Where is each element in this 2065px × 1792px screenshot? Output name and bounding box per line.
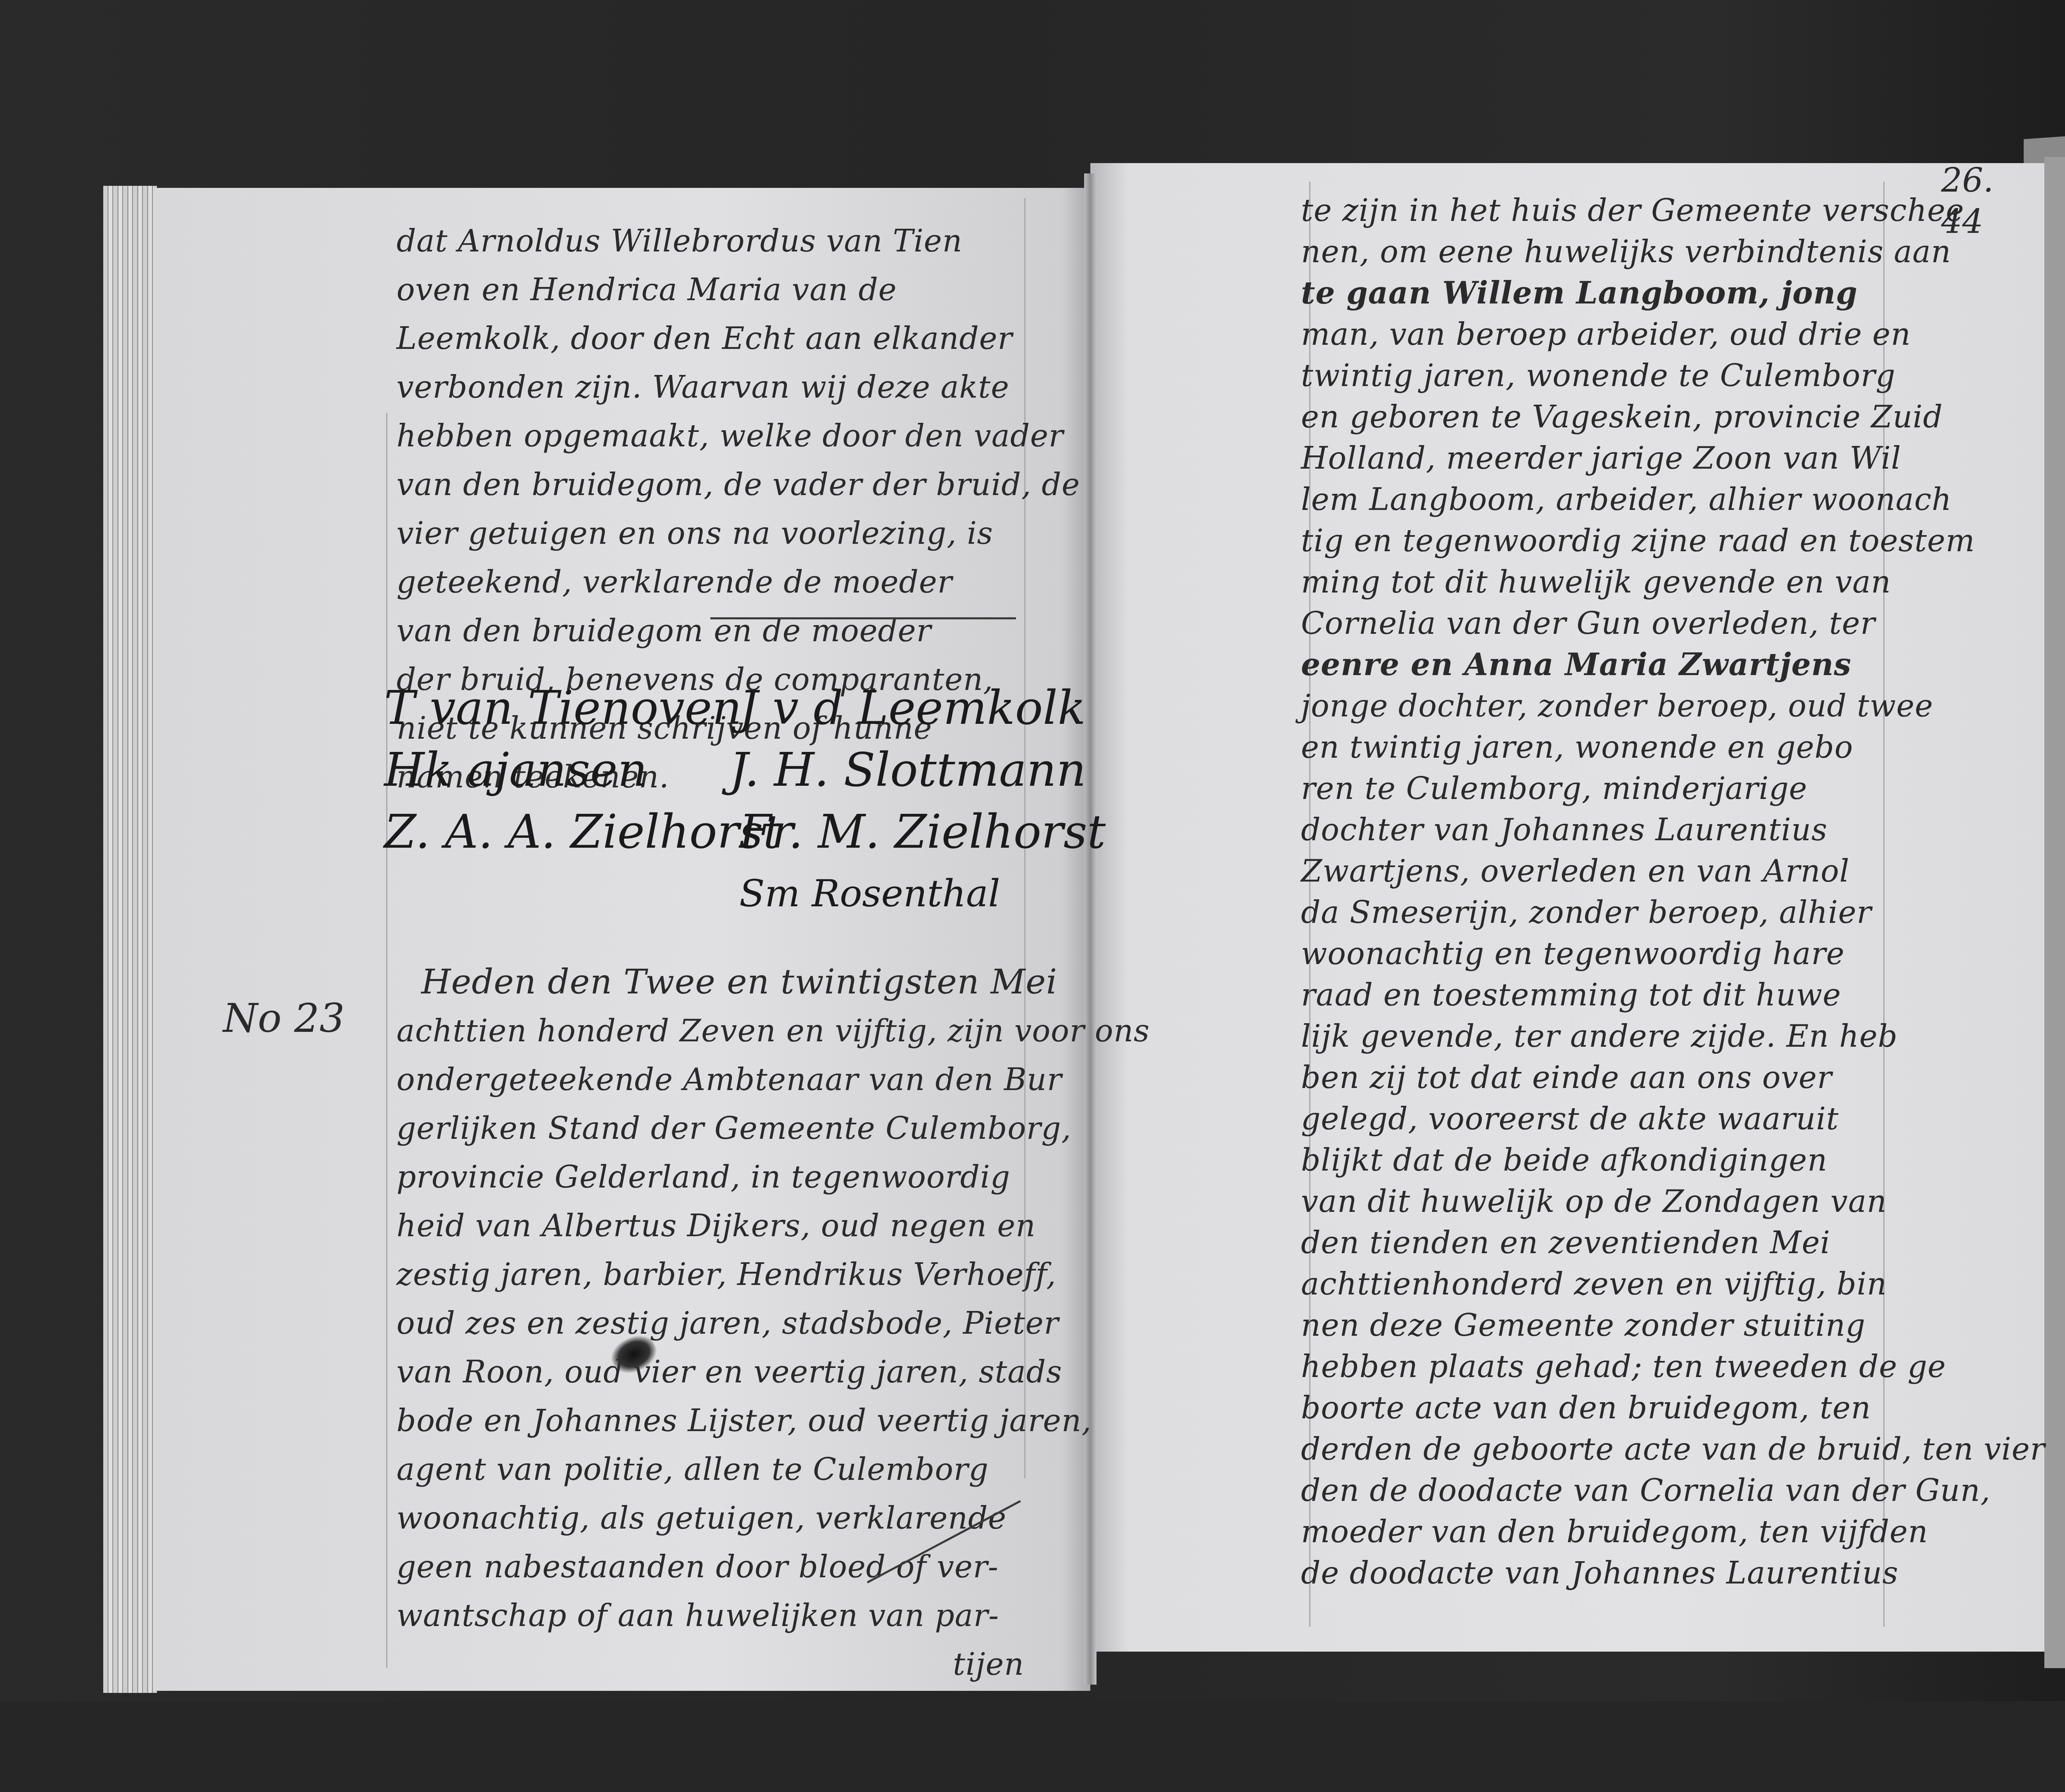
signature: Z. A. A. Zielhorst — [384, 801, 706, 863]
signature-row: Hk ajansen J. H. Slottmann — [384, 739, 1086, 801]
text-line: Zwartjens, overleden en van Arnol — [1301, 851, 1912, 892]
text-line: man, van beroep arbeider, oud drie en — [1301, 314, 1912, 355]
text-line: twintig jaren, wonende te Culemborg — [1301, 355, 1912, 396]
text-line: da Smeserijn, zonder beroep, alhier — [1301, 892, 1912, 933]
text-line: ming tot dit huwelijk gevende en van — [1301, 562, 1912, 603]
text-line: nen, om eene huwelijks verbindtenis aan — [1301, 231, 1912, 273]
text-line: boorte acte van den bruidegom, ten — [1301, 1387, 1912, 1429]
signature-row: Sm Rosenthal — [384, 863, 1086, 925]
text-line: eenre en Anna Maria Zwartjens — [1301, 644, 1912, 685]
scanner-bed-bottom — [0, 1701, 2065, 1792]
text-line: ren te Culemborg, minderjarige — [1301, 768, 1912, 809]
text-line: lem Langboom, arbeider, alhier woonach — [1301, 479, 1912, 520]
text-line: moeder van den bruidegom, ten vijfden — [1301, 1511, 1912, 1553]
text-line: ondergeteekende Ambtenaar van den Bur — [396, 1055, 1041, 1104]
act-number: No 23 — [223, 995, 344, 1041]
signature: Hk ajansen — [384, 739, 696, 801]
text-line: te gaan Willem Langboom, jong — [1301, 273, 1912, 314]
text-line: dochter van Johannes Laurentius — [1301, 809, 1912, 851]
signature: Sm Rosenthal — [739, 863, 1000, 925]
text-line: woonachtig, als getuigen, verklarende — [396, 1494, 1041, 1543]
signature: J. H. Slottmann — [729, 739, 1086, 801]
text-line: agent van politie, allen te Culemborg — [396, 1445, 1041, 1494]
text-line: hebben plaats gehad; ten tweeden de ge — [1301, 1346, 1912, 1387]
text-line: gelegd, vooreerst de akte waaruit — [1301, 1098, 1912, 1140]
text-line: van dit huwelijk op de Zondagen van — [1301, 1181, 1912, 1222]
text-line: van den bruidegom en de moeder — [396, 607, 1032, 655]
page-stack-edge — [103, 186, 157, 1693]
text-line: achttien honderd Zeven en vijftig, zijn … — [396, 1007, 1041, 1055]
text-line: den tienden en zeventienden Mei — [1301, 1222, 1912, 1263]
signatures-block: T van Tienoven J v d Leemkolk Hk ajansen… — [384, 677, 1086, 925]
text-line: blijkt dat de beide afkondigingen — [1301, 1140, 1912, 1181]
text-line: vier getuigen en ons na voorlezing, is — [396, 509, 1032, 558]
signature-row: T van Tienoven J v d Leemkolk — [384, 677, 1086, 739]
left-margin-rule — [386, 413, 387, 1668]
text-line: provincie Gelderland, in tegenwoordig — [396, 1153, 1041, 1202]
text-line: gerlijken Stand der Gemeente Culemborg, — [396, 1104, 1041, 1153]
text-line: Cornelia van der Gun overleden, ter — [1301, 603, 1912, 644]
text-line: bode en Johannes Lijster, oud veertig ja… — [396, 1396, 1041, 1445]
text-line: geteekend, verklarende de moeder — [396, 558, 1032, 607]
text-line: lijk gevende, ter andere zijde. En heb — [1301, 1016, 1912, 1057]
text-line: achttienhonderd zeven en vijftig, bin — [1301, 1263, 1912, 1305]
text-line: jonge dochter, zonder beroep, oud twee — [1301, 685, 1912, 727]
text-line: van den bruidegom, de vader der bruid, d… — [396, 460, 1032, 509]
text-line: raad en toestemming tot dit huwe — [1301, 974, 1912, 1016]
text-line: te zijn in het huis der Gemeente versche… — [1301, 190, 1912, 231]
text-line: den de doodacte van Cornelia van der Gun… — [1301, 1470, 1912, 1511]
text-line: dat Arnoldus Willebrordus van Tien — [396, 217, 1032, 265]
signature: J v d Leemkolk — [739, 677, 1086, 739]
text-line: de doodacte van Johannes Laurentius — [1301, 1553, 1912, 1594]
signature — [384, 863, 706, 925]
signature: T van Tienoven — [384, 677, 706, 739]
text-line: tig en tegenwoordig zijne raad en toeste… — [1301, 520, 1912, 562]
text-line: derden de geboorte acte van de bruid, te… — [1301, 1429, 1912, 1470]
signature-row: Z. A. A. Zielhorst Fr. M. Zielhorst — [384, 801, 1086, 863]
text-line: woonachtig en tegenwoordig hare — [1301, 933, 1912, 974]
text-line: Holland, meerder jarige Zoon van Wil — [1301, 438, 1912, 479]
text-line: oud zes en zestig jaren, stadsbode, Piet… — [396, 1299, 1041, 1348]
text-line: oven en Hendrica Maria van de — [396, 265, 1032, 314]
text-line: Leemkolk, door den Echt aan elkander — [396, 314, 1032, 363]
text-line: van Roon, oud vier en veertig jaren, sta… — [396, 1348, 1041, 1396]
act-23-body: Heden den Twee en twintigsten Mei achtti… — [396, 958, 1041, 1689]
text-line: Heden den Twee en twintigsten Mei — [396, 958, 1041, 1007]
book-spine — [1084, 173, 1097, 1685]
text-line: tijen — [396, 1640, 1041, 1689]
text-line: en twintig jaren, wonende en gebo — [1301, 727, 1912, 768]
signature: Fr. M. Zielhorst — [739, 801, 1106, 863]
text-line: geen nabestaanden door bloed of ver- — [396, 1543, 1041, 1591]
text-line: heid van Albertus Dijkers, oud negen en — [396, 1202, 1041, 1250]
closing-line — [710, 617, 1016, 619]
binding-edge — [2044, 157, 2065, 1668]
text-line: zestig jaren, barbier, Hendrikus Verhoef… — [396, 1250, 1041, 1299]
text-line: hebben opgemaakt, welke door den vader — [396, 412, 1032, 460]
text-line: en geboren te Vageskein, provincie Zuid — [1301, 396, 1912, 438]
text-line: ben zij tot dat einde aan ons over — [1301, 1057, 1912, 1098]
act-23-continued: te zijn in het huis der Gemeente versche… — [1301, 190, 1912, 1594]
text-line: nen deze Gemeente zonder stuiting — [1301, 1305, 1912, 1346]
text-line: wantschap of aan huwelijken van par- — [396, 1591, 1041, 1640]
text-line: verbonden zijn. Waarvan wij deze akte — [396, 363, 1032, 412]
